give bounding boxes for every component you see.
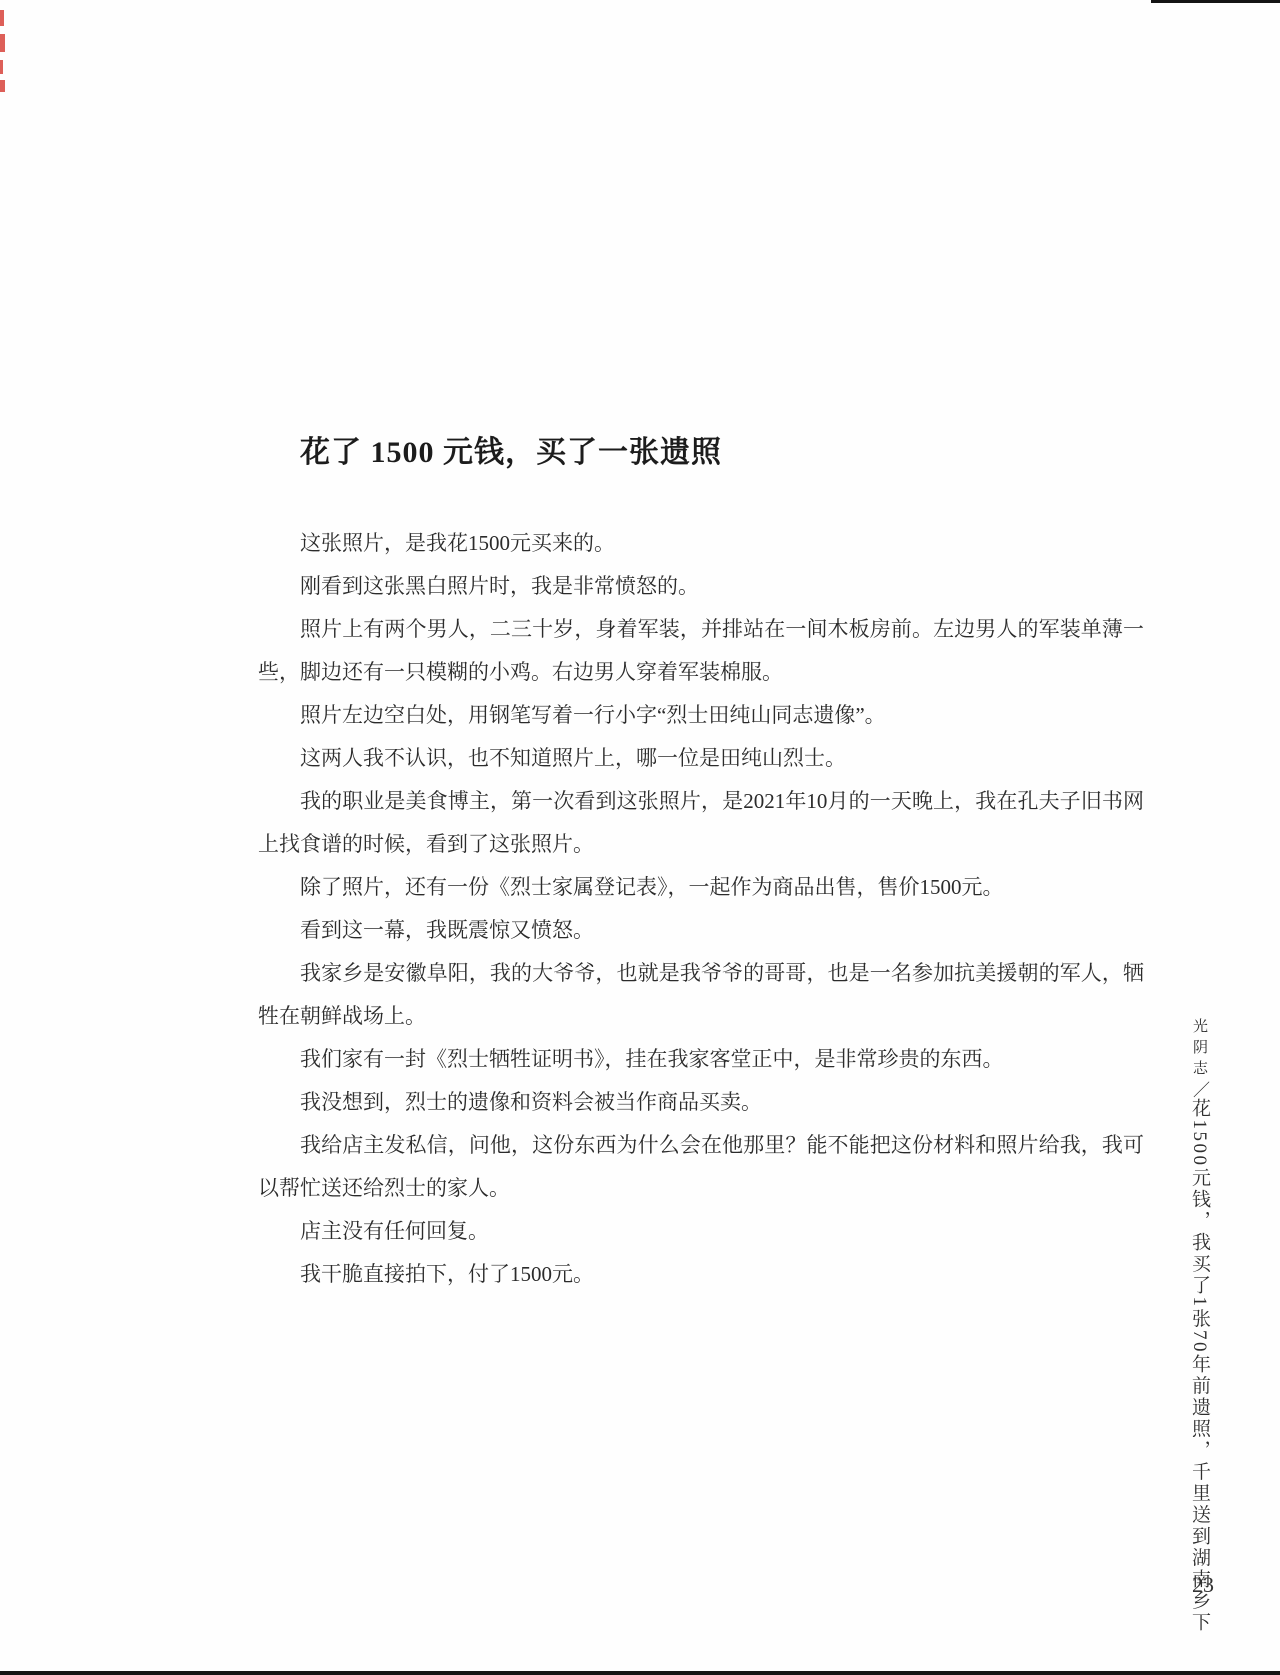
- paragraph: 照片上有两个男人，二三十岁，身着军装，并排站在一间木板房前。左边男人的军装单薄一…: [258, 608, 1144, 694]
- paragraph: 我干脆直接拍下，付了1500元。: [258, 1253, 1144, 1296]
- paragraph: 这两人我不认识，也不知道照片上，哪一位是田纯山烈士。: [258, 737, 1144, 780]
- article-body: 花了 1500 元钱，买了一张遗照 这张照片，是我花1500元买来的。 刚看到这…: [258, 430, 1144, 1296]
- paragraph: 除了照片，还有一份《烈士家属登记表》，一起作为商品出售，售价1500元。: [258, 866, 1144, 909]
- scan-edge-red-marks: [0, 8, 10, 98]
- paragraph: 照片左边空白处，用钢笔写着一行小字“烈士田纯山同志遗像”。: [258, 694, 1144, 737]
- running-head-separator: ／: [1190, 1081, 1209, 1098]
- magazine-page: 花了 1500 元钱，买了一张遗照 这张照片，是我花1500元买来的。 刚看到这…: [0, 0, 1280, 1675]
- scan-edge-bottom-line: [0, 1671, 1280, 1675]
- paragraph: 我给店主发私信，问他，这份东西为什么会在他那里？能不能把这份材料和照片给我，我可…: [258, 1124, 1144, 1210]
- paragraph: 这张照片，是我花1500元买来的。: [258, 522, 1144, 565]
- page-number: 23: [1192, 1572, 1214, 1598]
- paragraph: 我的职业是美食博主，第一次看到这张照片，是2021年10月的一天晚上，我在孔夫子…: [258, 780, 1144, 866]
- running-head-vertical: 光阴志／花1500元钱，我买了1张70年前遗照，千里送到湖南乡下: [1186, 1018, 1213, 1578]
- scan-edge-top-line: [1151, 0, 1280, 3]
- paragraph: 看到这一幕，我既震惊又愤怒。: [258, 909, 1144, 952]
- paragraph: 刚看到这张黑白照片时，我是非常愤怒的。: [258, 565, 1144, 608]
- article-section-title: 花了 1500 元钱，买了一张遗照: [300, 430, 1144, 476]
- running-head-article-title: 花1500元钱，我买了1张70年前遗照，千里送到湖南乡下: [1189, 1098, 1210, 1634]
- paragraph: 我们家有一封《烈士牺牲证明书》，挂在我家客堂正中，是非常珍贵的东西。: [258, 1038, 1144, 1081]
- paragraph: 我没想到，烈士的遗像和资料会被当作商品买卖。: [258, 1081, 1144, 1124]
- magazine-name: 光阴志: [1191, 1018, 1207, 1081]
- paragraph: 我家乡是安徽阜阳，我的大爷爷，也就是我爷爷的哥哥，也是一名参加抗美援朝的军人，牺…: [258, 952, 1144, 1038]
- paragraph: 店主没有任何回复。: [258, 1210, 1144, 1253]
